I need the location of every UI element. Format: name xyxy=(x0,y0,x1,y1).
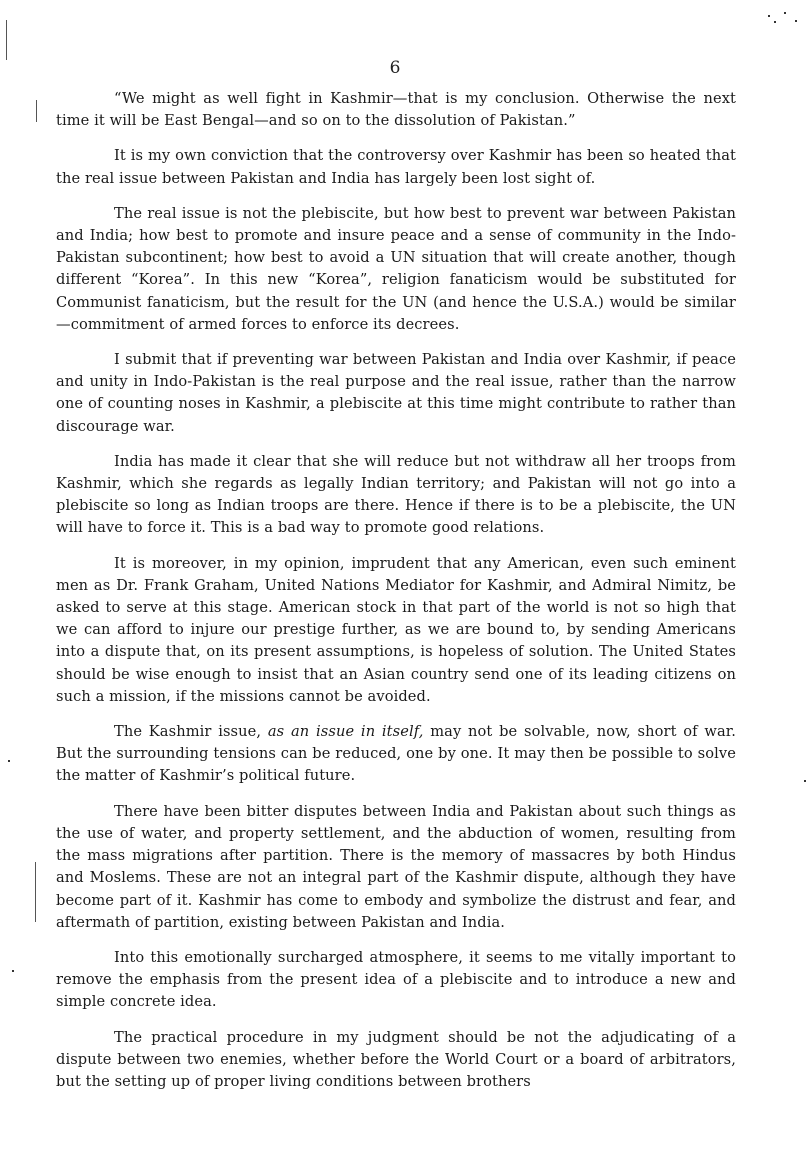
scan-artifact-line xyxy=(6,20,7,60)
scan-artifact-line xyxy=(36,100,37,122)
document-page: 6 “We might as well fight in Kashmir—tha… xyxy=(0,0,810,1169)
paragraph-practical-procedure: The practical procedure in my judgment s… xyxy=(56,1027,736,1094)
body-text: “We might as well fight in Kashmir—that … xyxy=(56,88,736,1106)
page-number: 6 xyxy=(0,58,790,78)
paragraph-bitter-disputes: There have been bitter disputes between … xyxy=(56,801,736,934)
paragraph-conviction: It is my own conviction that the controv… xyxy=(56,145,736,189)
scan-artifact-speck xyxy=(774,21,776,23)
paragraph-quote: “We might as well fight in Kashmir—that … xyxy=(56,88,736,132)
scan-artifact-speck xyxy=(795,20,797,22)
paragraph-india-troops: India has made it clear that she will re… xyxy=(56,451,736,540)
scan-artifact-speck xyxy=(784,12,786,14)
paragraph-atmosphere: Into this emotionally surcharged atmosph… xyxy=(56,947,736,1014)
paragraph-real-issue: The real issue is not the plebiscite, bu… xyxy=(56,203,736,336)
scan-artifact-speck xyxy=(8,760,10,762)
paragraph-submit: I submit that if preventing war between … xyxy=(56,349,736,438)
kashmir-issue-italic: as an issue in itself, xyxy=(268,723,424,740)
paragraph-kashmir-issue: The Kashmir issue, as an issue in itself… xyxy=(56,721,736,788)
kashmir-issue-lead: The Kashmir issue, xyxy=(114,723,268,740)
scan-artifact-speck xyxy=(12,970,14,972)
scan-artifact-speck xyxy=(804,780,806,782)
scan-artifact-speck xyxy=(768,15,770,17)
paragraph-imprudent: It is moreover, in my opinion, imprudent… xyxy=(56,553,736,708)
scan-artifact-line xyxy=(35,862,36,922)
